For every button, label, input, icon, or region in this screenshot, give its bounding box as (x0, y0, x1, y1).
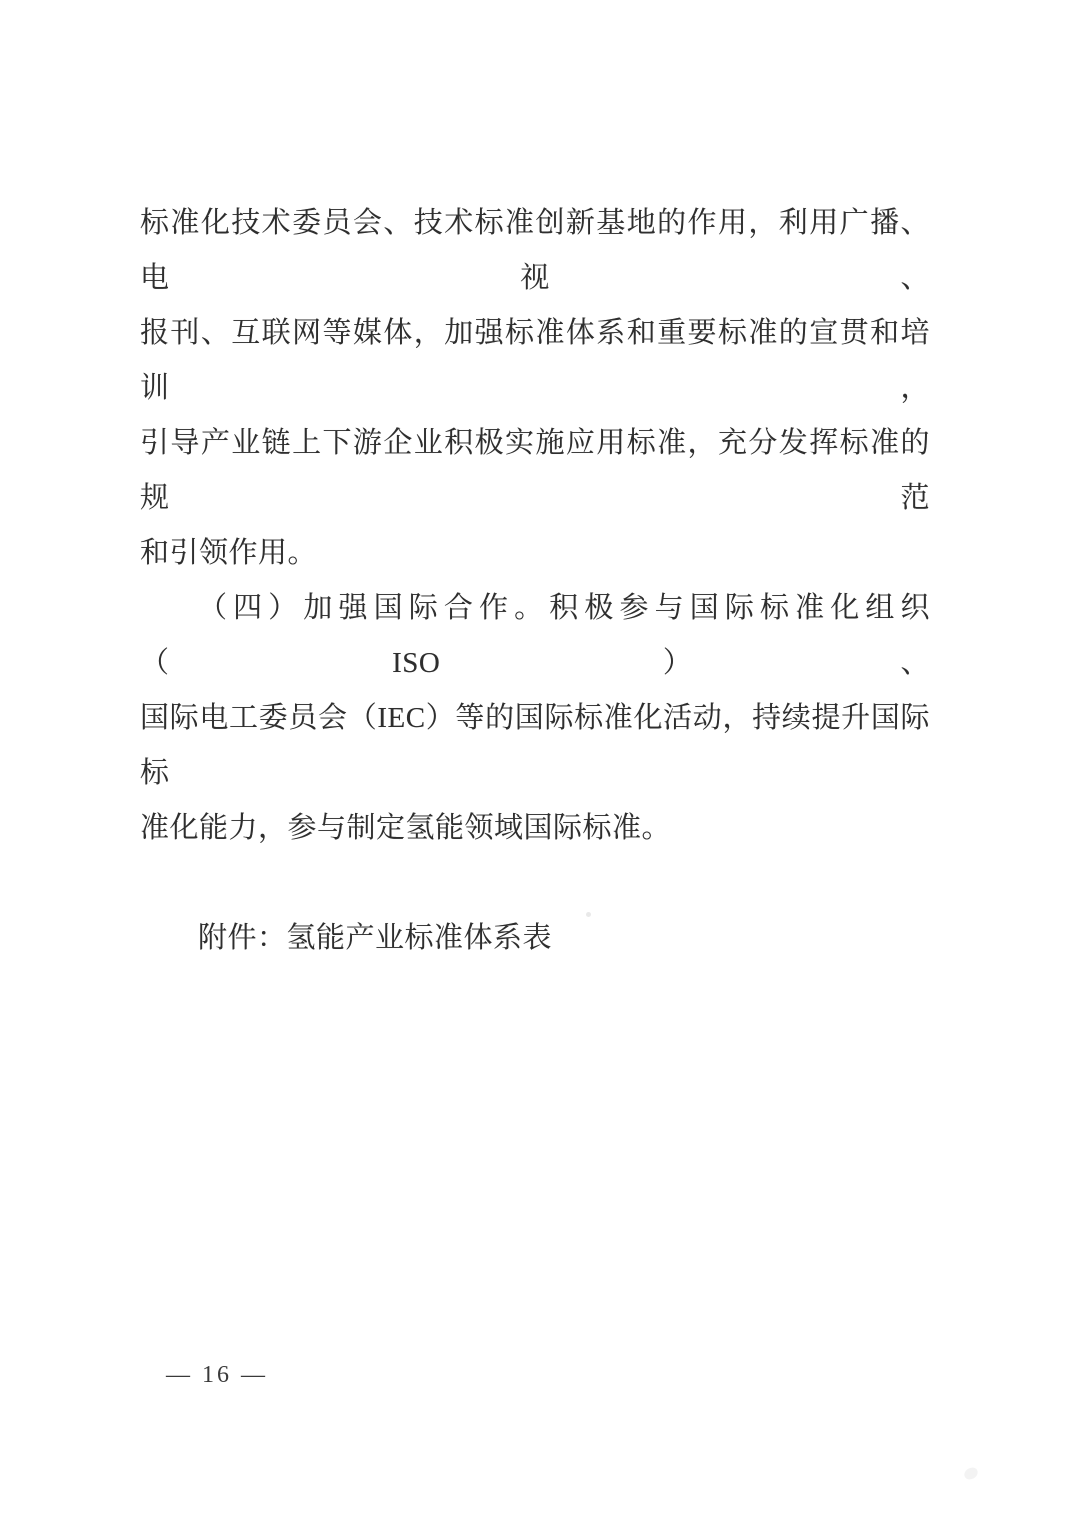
text-line: （四）加强国际合作。积极参与国际标准化组织（ISO）、 (140, 581, 930, 691)
attachment-line: 附件：氢能产业标准体系表 (140, 911, 930, 966)
text-line: 准化能力，参与制定氢能领域国际标准。 (140, 801, 930, 856)
paragraph-2: （四）加强国际合作。积极参与国际标准化组织（ISO）、 国际电工委员会（IEC）… (140, 581, 930, 856)
scan-speck (586, 912, 591, 917)
text-line: 报刊、互联网等媒体，加强标准体系和重要标准的宣贯和培训， (140, 306, 930, 416)
text-line: 标准化技术委员会、技术标准创新基地的作用，利用广播、电视、 (140, 196, 930, 306)
body-text: 标准化技术委员会、技术标准创新基地的作用，利用广播、电视、 报刊、互联网等媒体，… (140, 196, 930, 966)
text-line: 国际电工委员会（IEC）等的国际标准化活动，持续提升国际标 (140, 691, 930, 801)
text-line: 和引领作用。 (140, 526, 930, 581)
scan-speck (962, 1465, 980, 1482)
document-page: 标准化技术委员会、技术标准创新基地的作用，利用广播、电视、 报刊、互联网等媒体，… (0, 0, 1080, 1527)
page-number: — 16 — (166, 1362, 268, 1389)
text-line: 引导产业链上下游企业积极实施应用标准，充分发挥标准的规范 (140, 416, 930, 526)
paragraph-1: 标准化技术委员会、技术标准创新基地的作用，利用广播、电视、 报刊、互联网等媒体，… (140, 196, 930, 581)
